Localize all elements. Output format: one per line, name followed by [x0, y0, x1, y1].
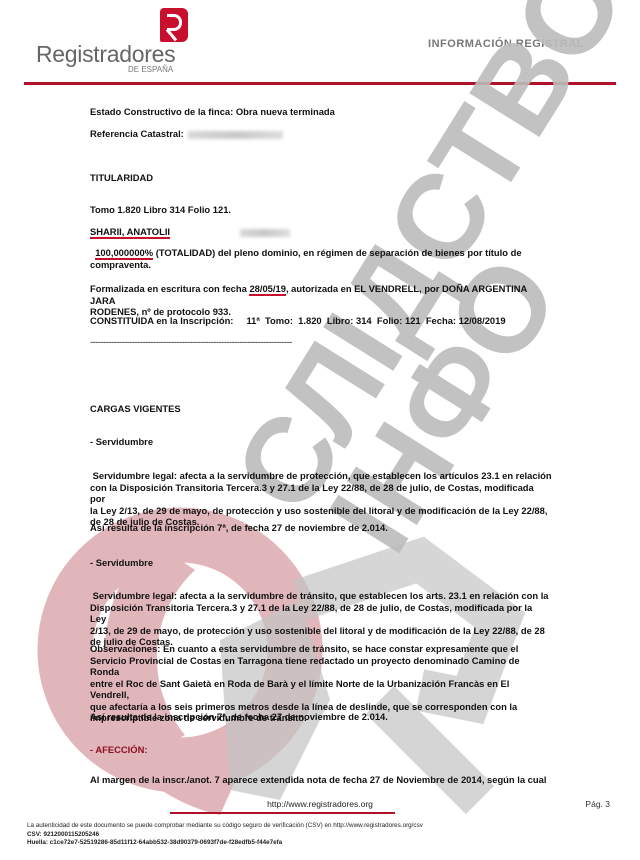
- redacted-id: [240, 229, 290, 237]
- formalizada-paragraph: Formalizada en escritura con fecha 28/05…: [90, 283, 550, 318]
- page-number: Pág. 3: [585, 799, 610, 809]
- header-divider: [24, 82, 616, 85]
- owner-row: SHARII, ANATOLII: [90, 226, 290, 238]
- referencia-catastral-label: Referencia Catastral:: [90, 128, 184, 139]
- servidumbre-1-heading: - Servidumbre: [90, 436, 153, 448]
- footer-divider: [170, 812, 395, 814]
- huella-code: Huella: c1ce72e7-52519286-85d11f12-64abb…: [27, 839, 282, 846]
- servidumbre-1-text: Servidumbre legal: afecta a la servidumb…: [90, 470, 550, 528]
- tomo-line: Tomo 1.820 Libro 314 Folio 121.: [90, 204, 231, 216]
- registradores-r-icon: [160, 8, 188, 42]
- separator-dashes: ----------------------------------------…: [90, 336, 292, 348]
- ownership-paragraph: 100,000000% (TOTALIDAD) del pleno domini…: [90, 247, 550, 270]
- redacted-value: [188, 131, 283, 139]
- csv-code: CSV: 9212000115205246: [27, 831, 99, 838]
- asi-resulta-1: Así resulta de la inscripción 7ª, de fec…: [90, 522, 388, 534]
- authenticity-note: La autenticidad de este documento se pue…: [27, 822, 423, 831]
- owner-name: SHARII, ANATOLII: [90, 226, 170, 239]
- estado-constructivo: Estado Constructivo de la finca: Obra nu…: [90, 106, 335, 118]
- al-margen-line: Al margen de la inscr./anot. 7 aparece e…: [90, 774, 546, 786]
- header-title: INFORMACIÓN REGISTRAL: [428, 38, 584, 50]
- verification-block: La autenticidad de este documento se pue…: [27, 822, 423, 848]
- asi-resulta-2: Así resulta de la inscripción 7ª, de fec…: [90, 711, 388, 723]
- registradores-logo: Registradores DE ESPAÑA: [36, 8, 186, 68]
- servidumbre-2-text: Servidumbre legal: afecta a la servidumb…: [90, 590, 550, 648]
- afeccion-heading: - AFECCIÓN:: [90, 744, 147, 756]
- logo-text: Registradores: [36, 41, 175, 68]
- cargas-heading: CARGAS VIGENTES: [90, 403, 181, 415]
- referencia-catastral: Referencia Catastral:: [90, 128, 283, 140]
- footer-url[interactable]: http://www.registradores.org: [0, 799, 640, 809]
- logo-subtext: DE ESPAÑA: [128, 65, 173, 74]
- formalizada-date: 28/05/19: [249, 283, 286, 296]
- servidumbre-2-heading: - Servidumbre: [90, 557, 153, 569]
- constituida-line: CONSTITUIDA en la Inscripción: 11ª Tomo:…: [90, 315, 506, 327]
- titularidad-heading: TITULARIDAD: [90, 172, 153, 184]
